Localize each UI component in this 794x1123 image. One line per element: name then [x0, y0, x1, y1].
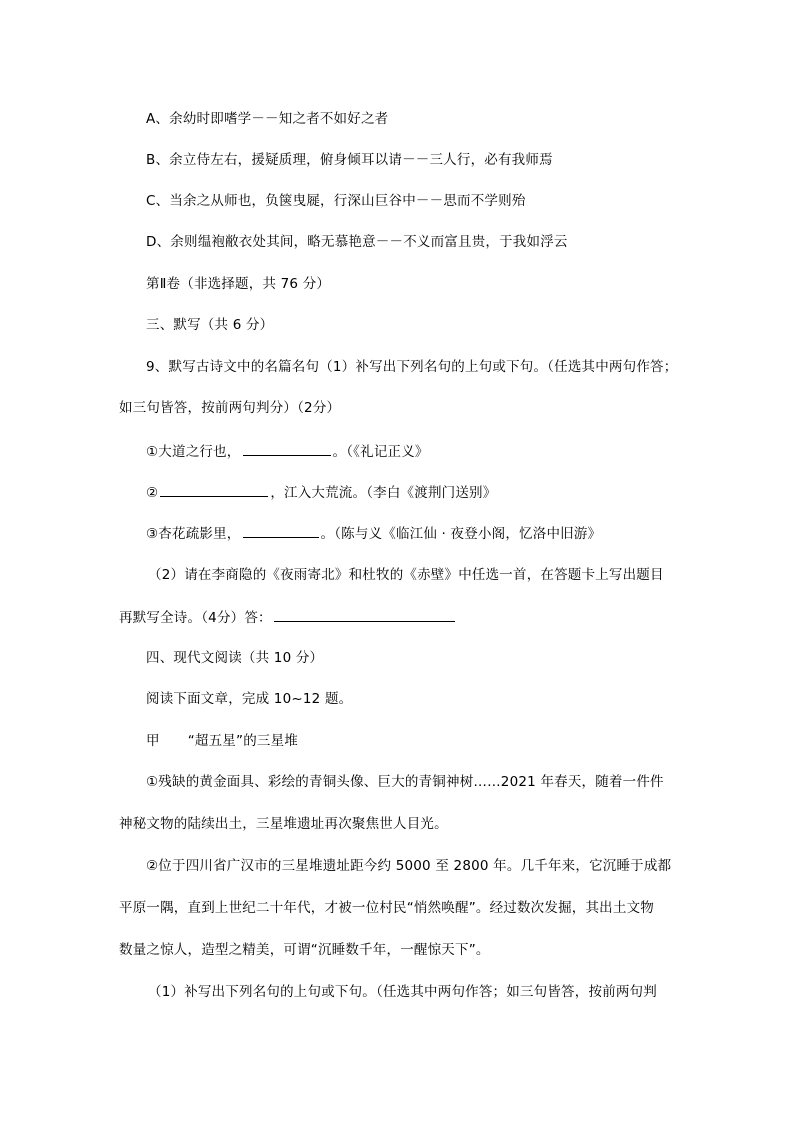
item-suffix: 。（《礼记正义》 — [333, 444, 429, 460]
article-label: 甲 — [146, 733, 160, 749]
option-letter: D、 — [146, 234, 170, 250]
q9-line1: 9、默写古诗文中的名篇名句（1）补写出下列名句的上句或下句。（任选其中两句作答； — [146, 358, 677, 376]
paragraph-2-line2: 平原一隅，直到上世纪二十年代，才被一位村民“悄然唤醒”。经过数次发掘，其出土文物 — [119, 899, 654, 917]
q9-2-line2: 再默写全诗。（4分）答： — [119, 607, 457, 627]
document-page: A、余幼时即嗜学－－知之者不如好之者 B、余立侍左右，援疑质理，俯身倾耳以请－－… — [0, 0, 794, 1123]
option-letter: C、 — [146, 193, 169, 209]
q9-item-3: ③杏花疏影里，。（陈与义《临江仙 · 夜登小阁，忆洛中旧游》 — [146, 523, 601, 543]
q9-item-2: ②，江入大荒流。（李白《渡荆门送别》 — [146, 482, 496, 502]
section4-instruction: 阅读下面文章，完成 10~12 题。 — [146, 690, 352, 708]
q9-2-line1: （2）请在李商隐的《夜雨寄北》和杜牧的《赤壁》中任选一首，在答题卡上写出题目 — [148, 566, 664, 584]
option-text: 余立侍左右，援疑质理，俯身倾耳以请－－三人行，必有我师焉 — [169, 152, 553, 168]
item-prefix: ② — [146, 485, 158, 501]
answer-blank[interactable] — [243, 523, 319, 538]
item-prefix: ③杏花疏影里， — [146, 526, 241, 542]
q9-item-1: ①大道之行也，。（《礼记正义》 — [146, 441, 429, 461]
item-suffix: 。（陈与义《临江仙 · 夜登小阁，忆洛中旧游》 — [321, 526, 602, 542]
q9-line2: 如三句皆答，按前两句判分）（2分） — [119, 399, 340, 417]
question-line: （1）补写出下列名句的上句或下句。（任选其中两句作答；如三句皆答，按前两句判 — [148, 983, 657, 1001]
option-text: 余幼时即嗜学－－知之者不如好之者 — [169, 111, 388, 127]
option-d: D、余则缊袍敝衣处其间，略无慕艳意－－不义而富且贵，于我如浮云 — [146, 233, 568, 251]
option-text: 当余之从师也，负箧曳屣，行深山巨谷中－－思而不学则殆 — [169, 193, 525, 209]
q9-2-text: 再默写全诗。（4分）答： — [119, 610, 272, 626]
article-heading: 甲“超五星”的三星堆 — [146, 732, 298, 750]
answer-line[interactable] — [274, 607, 455, 622]
paragraph-1-line2: 神秘文物的陆续出土，三星堆遗址再次聚焦世人目光。 — [119, 815, 448, 833]
option-text: 余则缊袍敝衣处其间，略无慕艳意－－不义而富且贵，于我如浮云 — [170, 234, 567, 250]
section3-title: 三、默写（共 6 分） — [146, 316, 273, 334]
paragraph-1-line1: ①残缺的黄金面具、彩绘的青铜头像、巨大的青铜神树……2021 年春天，随着一件件 — [146, 773, 664, 791]
answer-blank[interactable] — [160, 482, 268, 497]
option-letter: B、 — [146, 152, 169, 168]
item-prefix: ①大道之行也， — [146, 444, 241, 460]
option-a: A、余幼时即嗜学－－知之者不如好之者 — [146, 110, 388, 128]
section4-title: 四、现代文阅读（共 10 分） — [146, 649, 323, 667]
article-title: “超五星”的三星堆 — [188, 733, 298, 749]
option-b: B、余立侍左右，援疑质理，俯身倾耳以请－－三人行，必有我师焉 — [146, 151, 553, 169]
option-c: C、当余之从师也，负箧曳屣，行深山巨谷中－－思而不学则殆 — [146, 192, 526, 210]
answer-blank[interactable] — [243, 441, 331, 456]
paragraph-2-line3: 数量之惊人，造型之精美，可谓“沉睡数千年，一醒惊天下”。 — [119, 941, 490, 959]
paragraph-2-line1: ②位于四川省广汉市的三星堆遗址距今约 5000 至 2800 年。几千年来，它沉… — [146, 857, 671, 875]
part2-title: 第Ⅱ卷（非选择题，共 76 分） — [146, 275, 330, 293]
option-letter: A、 — [146, 111, 169, 127]
item-suffix: ，江入大荒流。（李白《渡荆门送别》 — [270, 485, 496, 501]
